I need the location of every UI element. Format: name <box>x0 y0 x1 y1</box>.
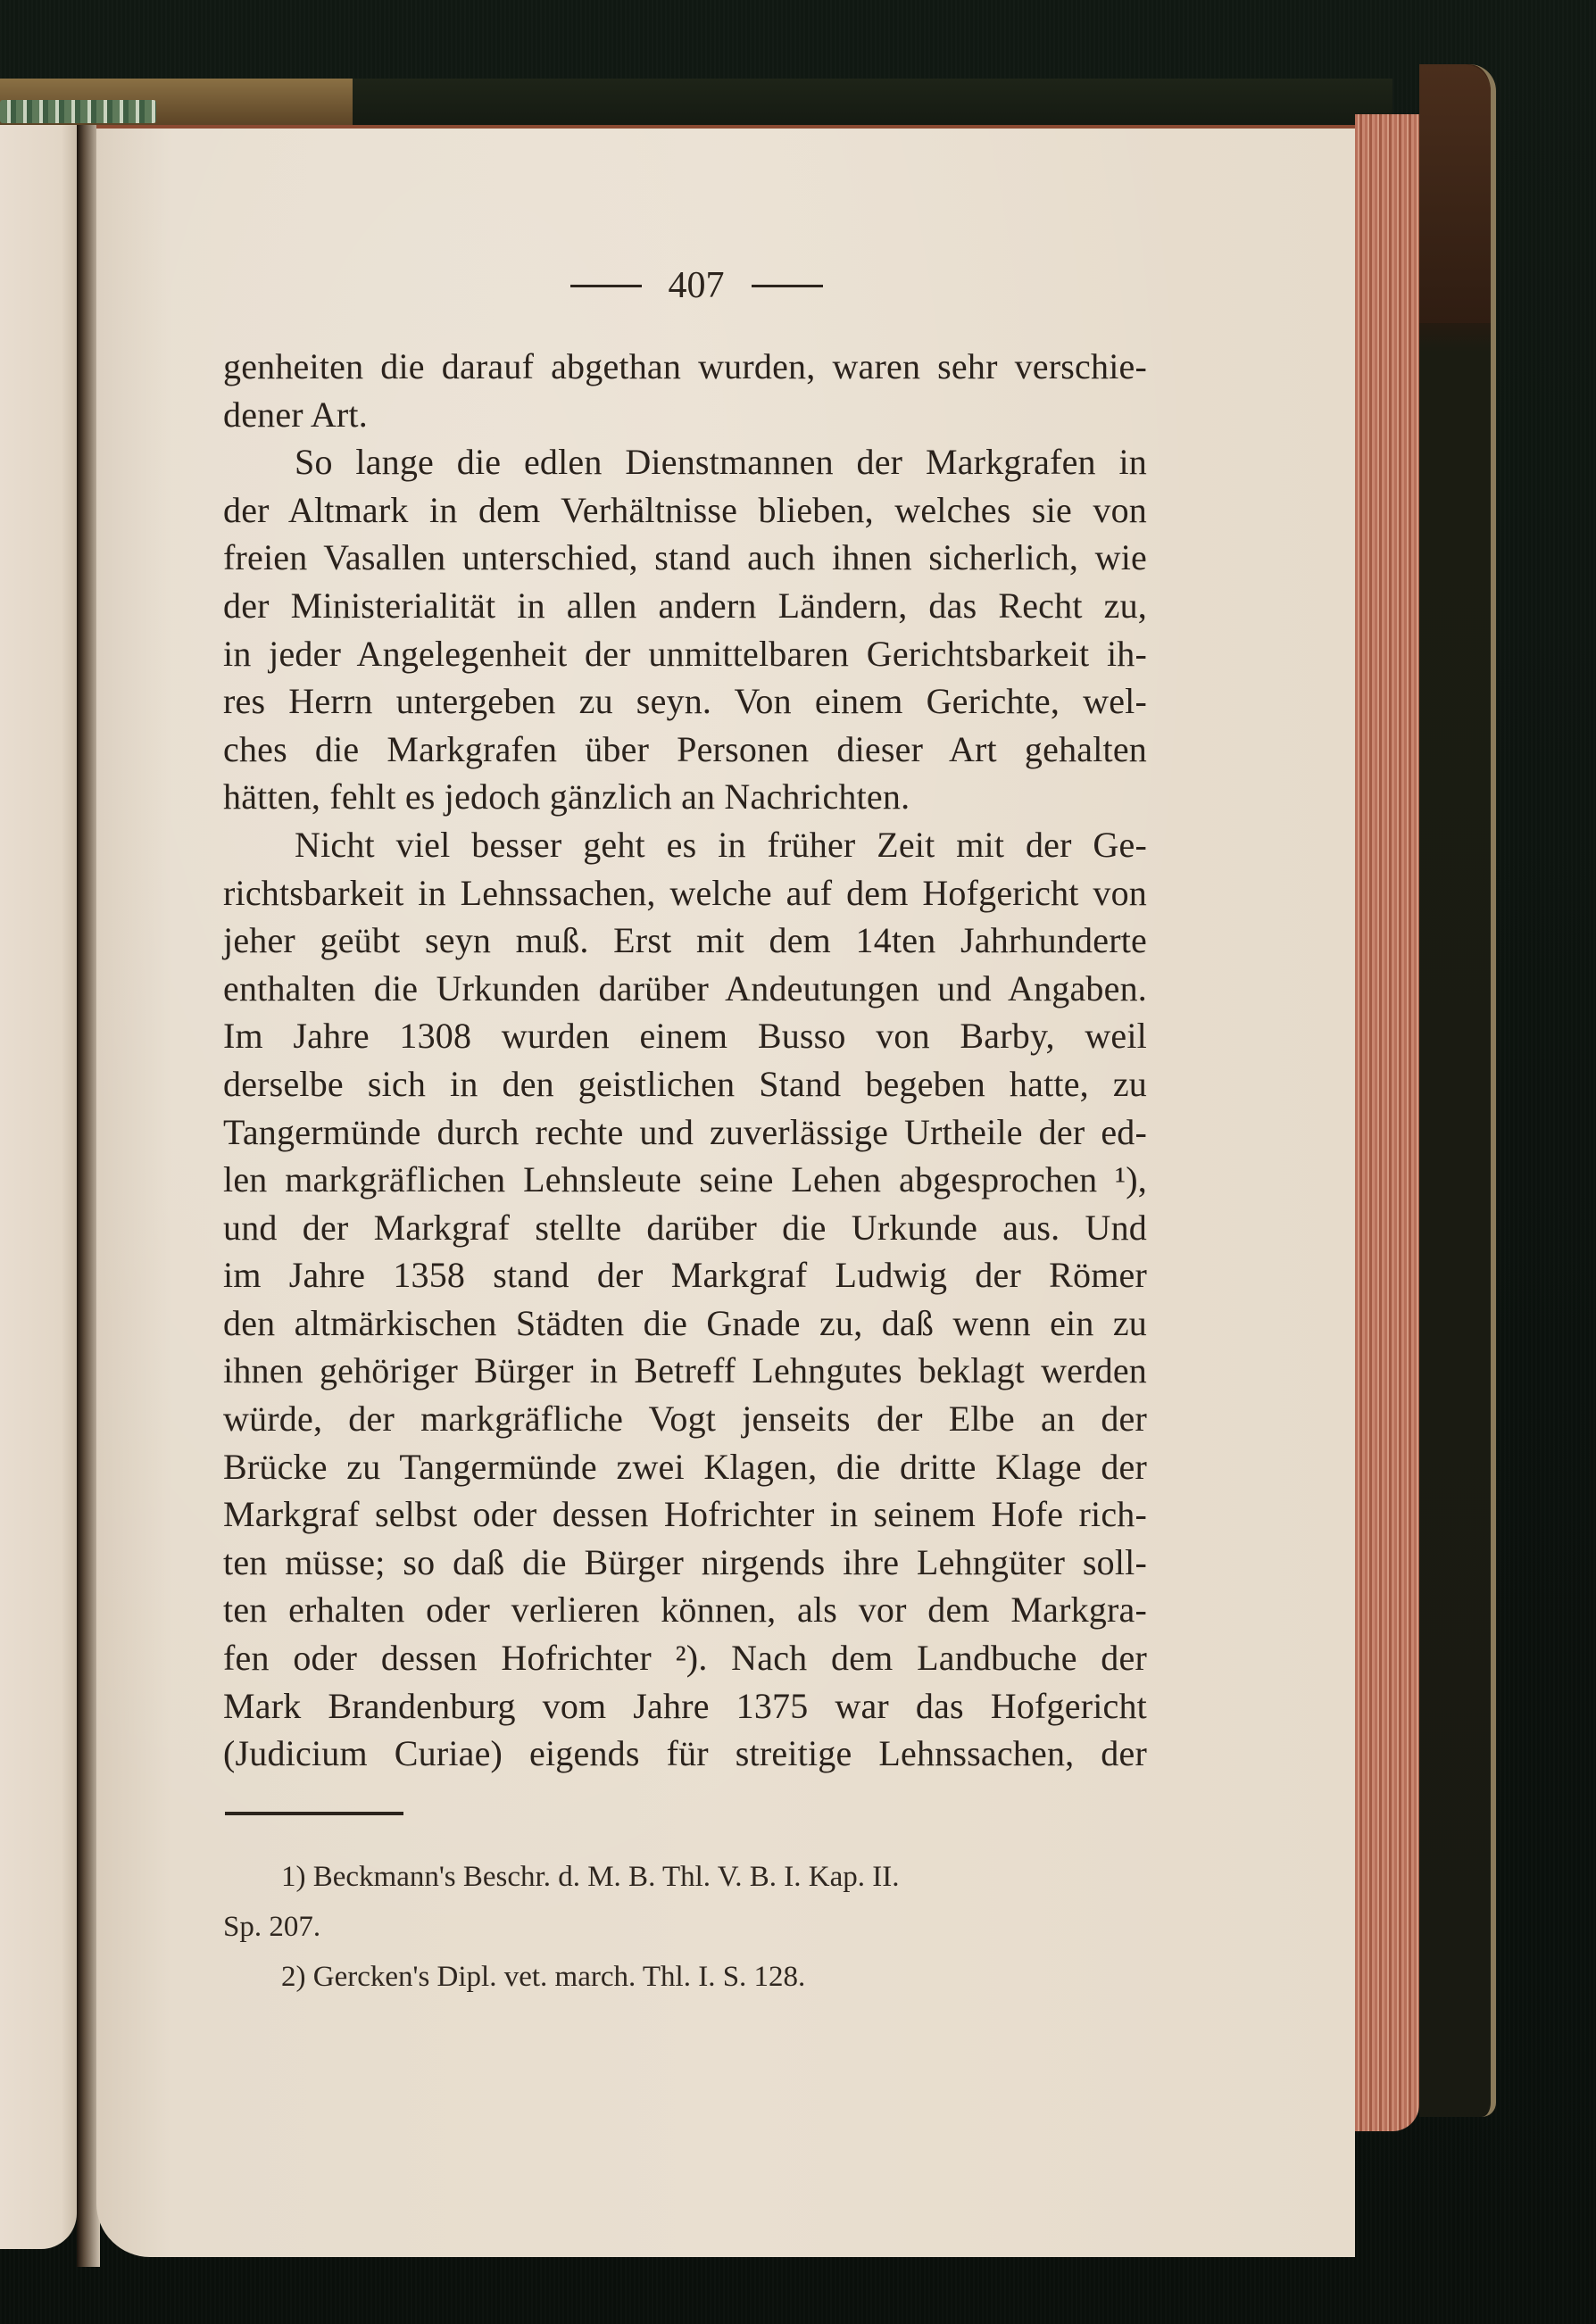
text-line: würde, der markgräfliche Vogt jenseits d… <box>223 1395 1147 1443</box>
text-line: Markgraf selbst oder dessen Hofrichter i… <box>223 1490 1147 1539</box>
text-line: derselbe sich in den geistlichen Stand b… <box>223 1060 1147 1108</box>
text-line: fen oder dessen Hofrichter ²). Nach dem … <box>223 1634 1147 1682</box>
text-line: Tangermünde durch rechte und zuverlässig… <box>223 1108 1147 1157</box>
text-line: ten erhalten oder verlieren können, als … <box>223 1586 1147 1634</box>
page-number: 407 <box>669 264 725 307</box>
text-line: dener Art. <box>223 391 1147 439</box>
footnote-1-continuation: Sp. 207. <box>223 1902 1147 1952</box>
dark-cloth-strip <box>353 79 1392 125</box>
text-line: den altmärkischen Städten die Gnade zu, … <box>223 1299 1147 1348</box>
footnote-2: 2) Gercken's Dipl. vet. march. Thl. I. S… <box>223 1952 1147 2002</box>
text-line: Mark Brandenburg vom Jahre 1375 war das … <box>223 1682 1147 1731</box>
text-line: der Ministerialität in allen andern Länd… <box>223 582 1147 630</box>
text-line: ches die Markgrafen über Personen dieser… <box>223 726 1147 774</box>
left-dash <box>570 285 642 287</box>
text-line: enthalten die Urkunden darüber Andeutung… <box>223 965 1147 1013</box>
footnotes: 1) Beckmann's Beschr. d. M. B. Thl. V. B… <box>223 1852 1147 2002</box>
text-line: len markgräflichen Lehnsleute seine Lehe… <box>223 1156 1147 1204</box>
text-line: in jeder Angelegenheit der unmittelbaren… <box>223 630 1147 678</box>
leather-corner <box>1419 64 1491 323</box>
left-page-edge <box>0 125 77 2249</box>
text-line: Im Jahre 1308 wurden einem Busso von Bar… <box>223 1012 1147 1060</box>
book-spine-edge <box>0 79 1392 125</box>
text-line: jeher geübt seyn muß. Erst mit dem 14ten… <box>223 917 1147 965</box>
right-dash <box>752 285 823 287</box>
paragraph-start: So lange die edlen Dienstmannen der Mark… <box>223 438 1147 486</box>
text-line: ihnen gehöriger Bürger in Betreff Lehngu… <box>223 1347 1147 1395</box>
paragraph-start: Nicht viel besser geht es in früher Zeit… <box>223 821 1147 869</box>
headband <box>0 100 156 123</box>
text-line: und der Markgraf stellte darüber die Urk… <box>223 1204 1147 1252</box>
text-line: (Judicium Curiae) eigends für streitige … <box>223 1730 1147 1778</box>
footnote-1: 1) Beckmann's Beschr. d. M. B. Thl. V. B… <box>223 1852 1147 1902</box>
text-line: res Herrn untergeben zu seyn. Von einem … <box>223 677 1147 726</box>
body-text: genheiten die darauf abgethan wurden, wa… <box>223 343 1147 1778</box>
text-line: genheiten die darauf abgethan wurden, wa… <box>223 343 1147 391</box>
page-fore-edge <box>1355 114 1419 2131</box>
text-line: ten müsse; so daß die Bürger nirgends ih… <box>223 1539 1147 1587</box>
text-line: der Altmark in dem Verhältnisse blieben,… <box>223 486 1147 535</box>
text-line: hätten, fehlt es jedoch gänzlich an Nach… <box>223 773 1147 821</box>
running-head: 407 <box>544 259 848 312</box>
text-line: freien Vasallen unterschied, stand auch … <box>223 534 1147 582</box>
text-line: Brücke zu Tangermünde zwei Klagen, die d… <box>223 1443 1147 1491</box>
text-line: richtsbarkeit in Lehnssachen, welche auf… <box>223 869 1147 917</box>
back-cover-board <box>1419 64 1496 2117</box>
footnote-rule <box>225 1812 403 1815</box>
text-line: im Jahre 1358 stand der Markgraf Ludwig … <box>223 1251 1147 1299</box>
